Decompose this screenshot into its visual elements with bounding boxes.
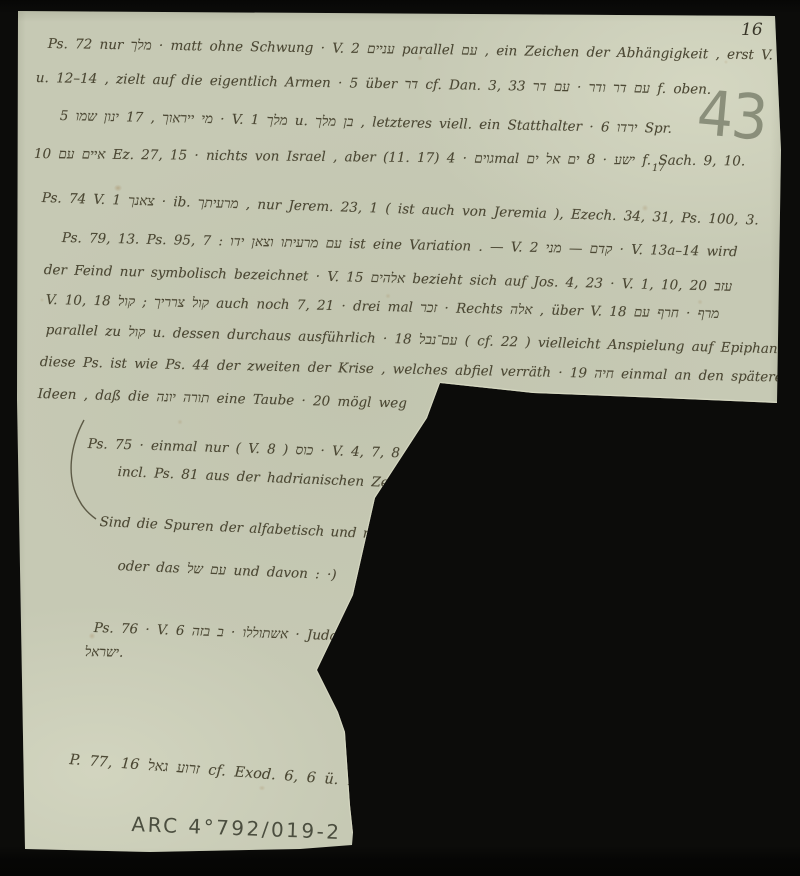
page-number: 16	[741, 20, 763, 40]
manuscript-page: 16 43 Ps. 72 nur מלך · matt ohne Schwung…	[0, 0, 800, 876]
scan-background: 16 43 Ps. 72 nur מלך · matt ohne Schwung…	[0, 0, 800, 876]
manuscript-line: 17	[652, 163, 665, 174]
manuscript-line: ישראל.	[85, 644, 124, 661]
